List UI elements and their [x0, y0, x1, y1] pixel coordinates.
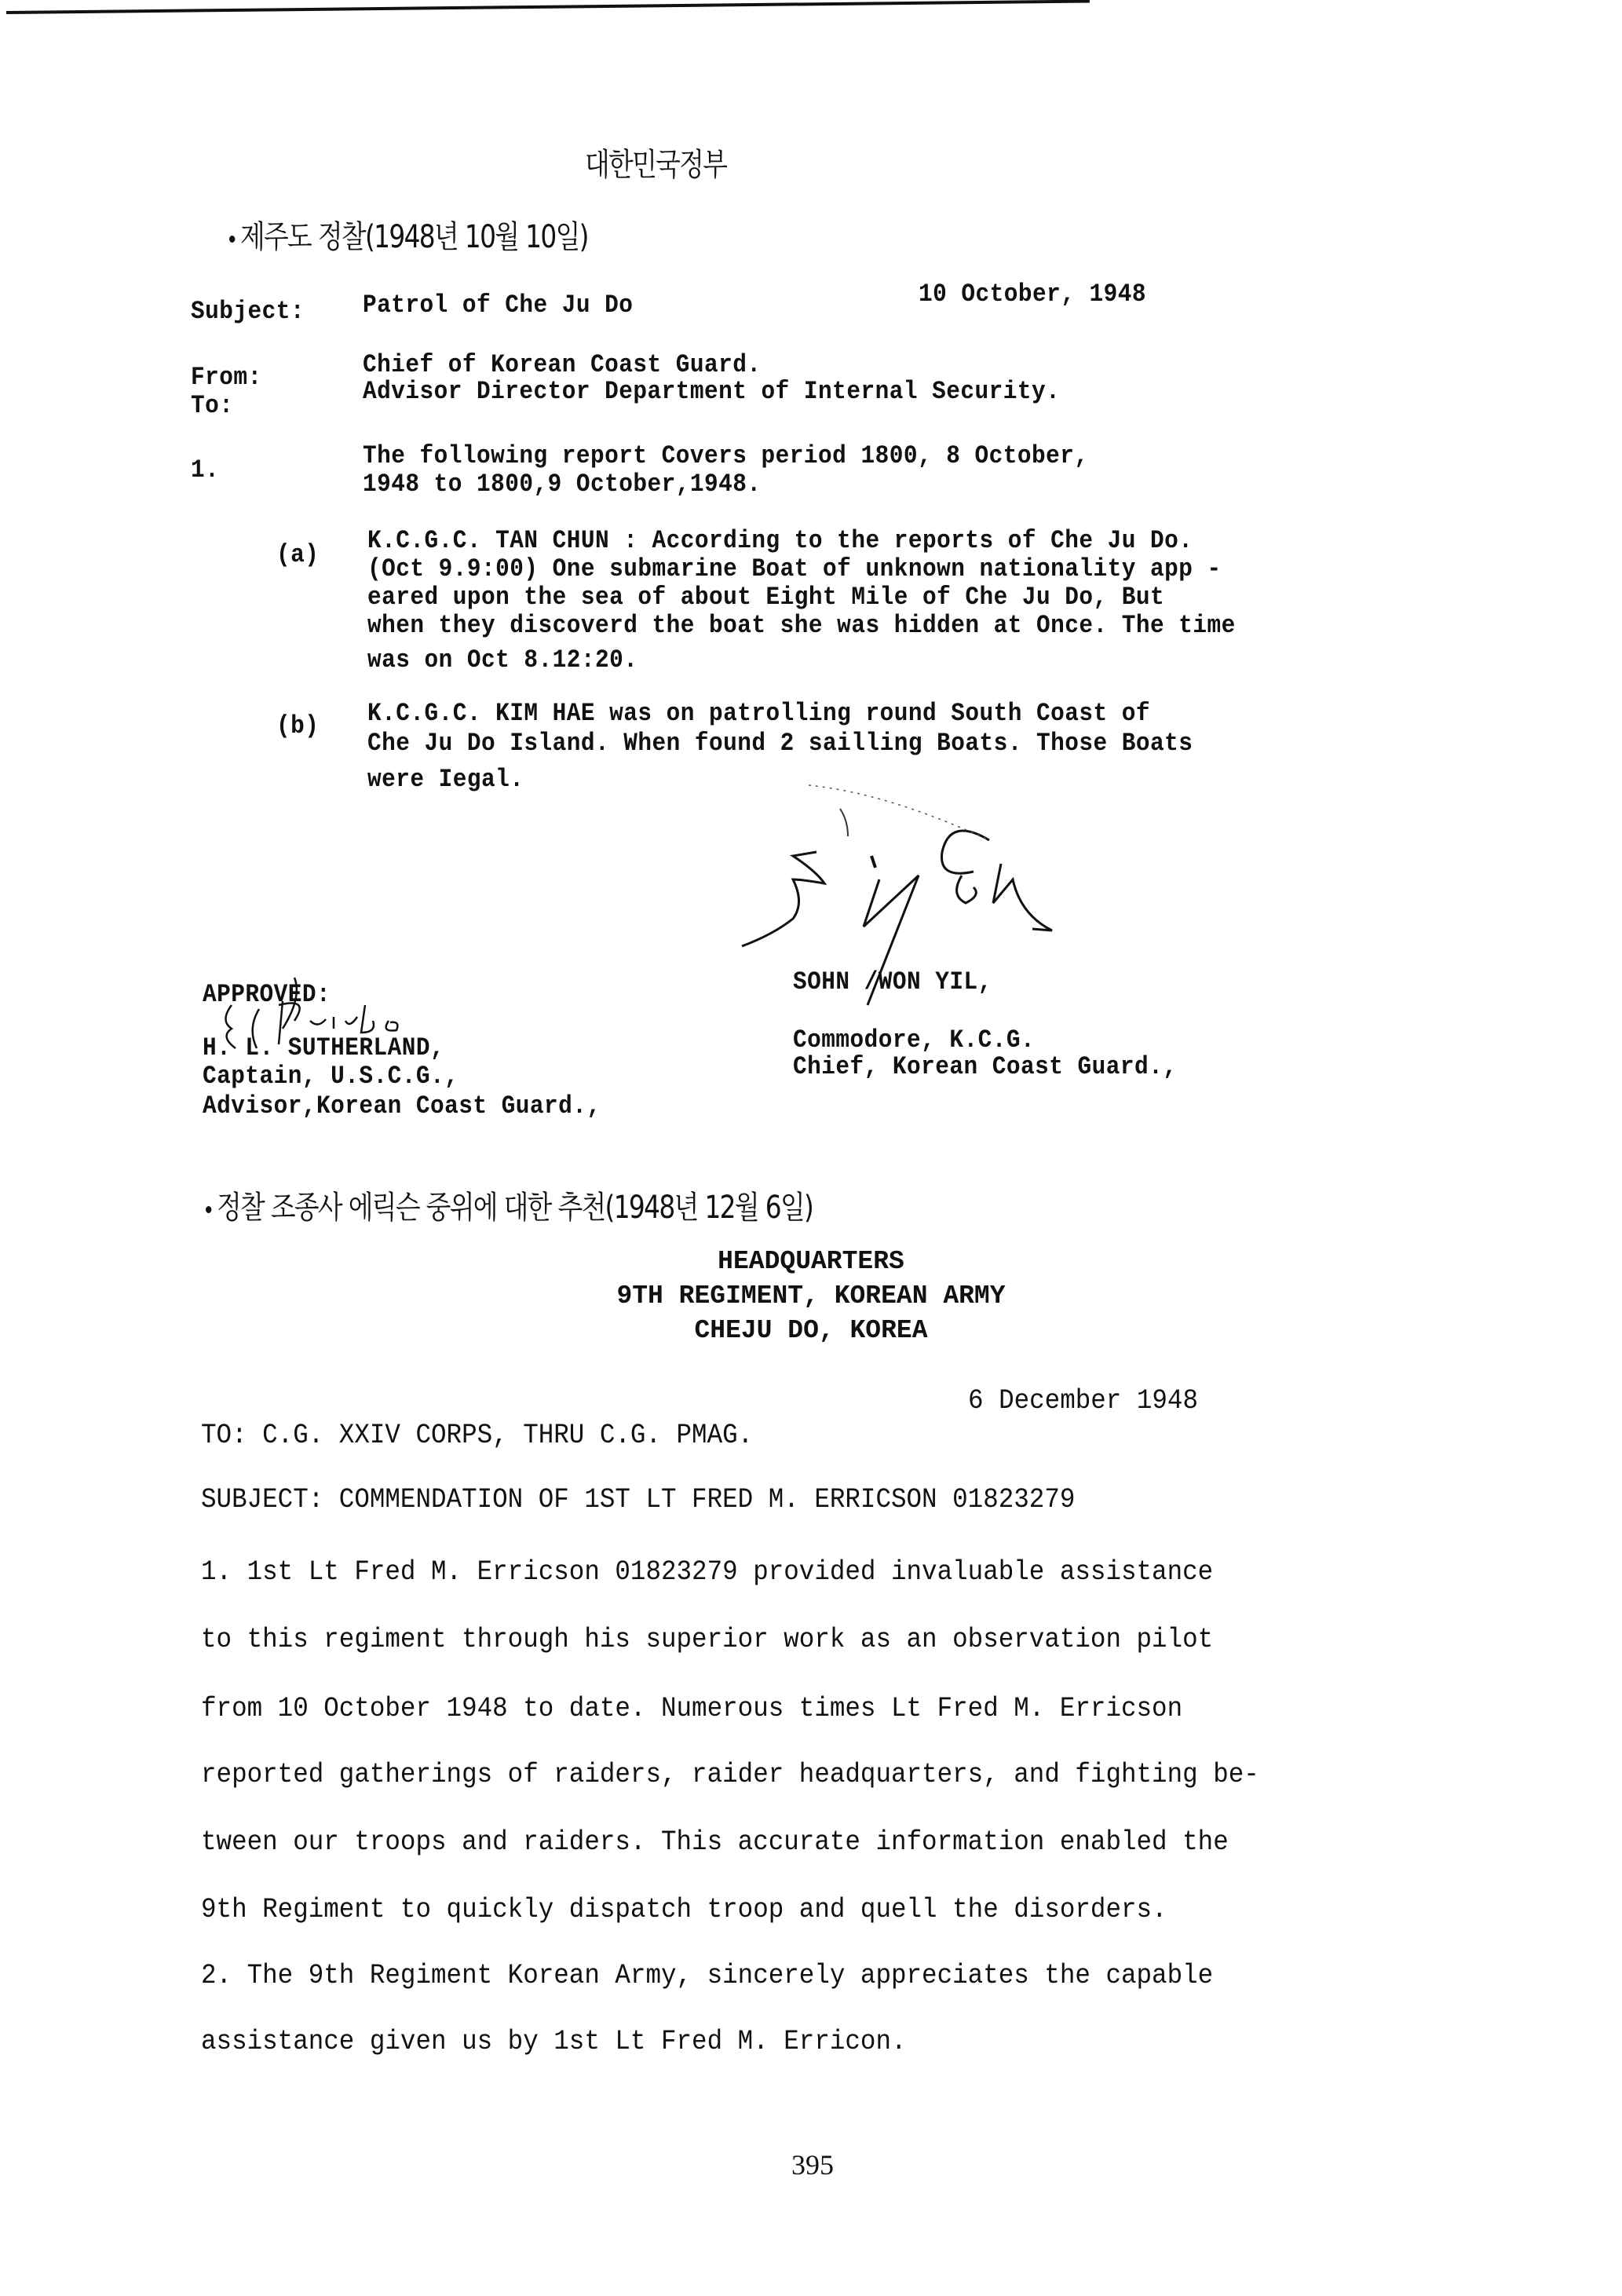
body-line: assistance given us by 1st Lt Fred M. Er…	[201, 2026, 907, 2057]
signatory-role: Chief, Korean Coast Guard.,	[793, 1052, 1177, 1081]
item-a-line: K.C.G.C. TAN CHUN : According to the rep…	[367, 526, 1193, 555]
signatory-title: Commodore, K.C.G.	[793, 1026, 1035, 1055]
letter2-subject: SUBJECT: COMMENDATION OF 1ST LT FRED M. …	[201, 1484, 1075, 1515]
section1-title: 제주도 정찰(1948년 10월 10일)	[229, 212, 588, 257]
letterhead-line: HEADQUARTERS	[418, 1247, 1204, 1276]
para1-number: 1.	[191, 455, 219, 484]
letterhead-line: 9TH REGIMENT, KOREAN ARMY	[418, 1281, 1204, 1311]
para1-line: The following report Covers period 1800,…	[363, 441, 1088, 470]
item-a-label: (a)	[276, 540, 319, 569]
bullet-icon	[206, 1206, 211, 1213]
letter2-date: 6 December 1948	[968, 1385, 1198, 1417]
item-b-line: were Iegal.	[367, 765, 524, 794]
letter1-date: 10 October, 1948	[919, 280, 1146, 309]
approver-role: Advisor,Korean Coast Guard.,	[203, 1091, 601, 1121]
body-line: 9th Regiment to quickly dispatch troop a…	[201, 1894, 1167, 1925]
body-line: 2. The 9th Regiment Korean Army, sincere…	[201, 1960, 1213, 1991]
subject-label: Subject:	[191, 297, 305, 326]
section2-title: 정찰 조종사 에릭슨 중위에 대한 추천(1948년 12월 6일)	[206, 1183, 813, 1227]
to-label: To:	[191, 391, 233, 420]
body-line: reported gatherings of raiders, raider h…	[201, 1759, 1259, 1790]
document-page: 대한민국정부 제주도 정찰(1948년 10월 10일) Subject: Pa…	[0, 0, 1622, 2296]
page-number: 395	[791, 2148, 834, 2181]
item-b-label: (b)	[276, 711, 319, 740]
scan-edge-line	[6, 0, 1090, 14]
signatory-name: SOHN /WON YIL,	[793, 967, 992, 996]
approver-name: H. L. SUTHERLAND,	[203, 1033, 444, 1062]
approver-title: Captain, U.S.C.G.,	[203, 1062, 458, 1091]
bullet-icon	[229, 236, 235, 243]
item-a-line: was on Oct 8.12:20.	[367, 645, 637, 675]
korean-government-heading: 대한민국정부	[585, 140, 726, 185]
item-b-line: K.C.G.C. KIM HAE was on patrolling round…	[367, 699, 1150, 728]
body-line: 1. 1st Lt Fred M. Erricson 01823279 prov…	[201, 1556, 1213, 1588]
item-b-line: Che Ju Do Island. When found 2 sailling …	[367, 729, 1193, 758]
item-a-line: when they discoverd the boat she was hid…	[367, 611, 1236, 640]
section1-title-text: 제주도 정찰(1948년 10월 10일)	[240, 219, 588, 255]
to-value: Advisor Director Department of Internal …	[363, 377, 1060, 406]
subject-value: Patrol of Che Ju Do	[363, 291, 633, 320]
body-line: tween our troops and raiders. This accur…	[201, 1826, 1229, 1858]
body-line: from 10 October 1948 to date. Numerous t…	[201, 1693, 1182, 1724]
section2-title-text: 정찰 조종사 에릭슨 중위에 대한 추천(1948년 12월 6일)	[217, 1190, 813, 1226]
body-line: to this regiment through his superior wo…	[201, 1624, 1213, 1655]
from-value: Chief of Korean Coast Guard.	[363, 350, 762, 379]
item-a-line: (Oct 9.9:00) One submarine Boat of unkno…	[367, 554, 1222, 583]
item-a-line: eared upon the sea of about Eight Mile o…	[367, 583, 1164, 612]
para1-line: 1948 to 1800,9 October,1948.	[363, 470, 762, 499]
letterhead-line: CHEJU DO, KOREA	[418, 1316, 1204, 1345]
letter2-to: TO: C.G. XXIV CORPS, THRU C.G. PMAG.	[201, 1420, 753, 1451]
from-label: From:	[191, 363, 262, 392]
